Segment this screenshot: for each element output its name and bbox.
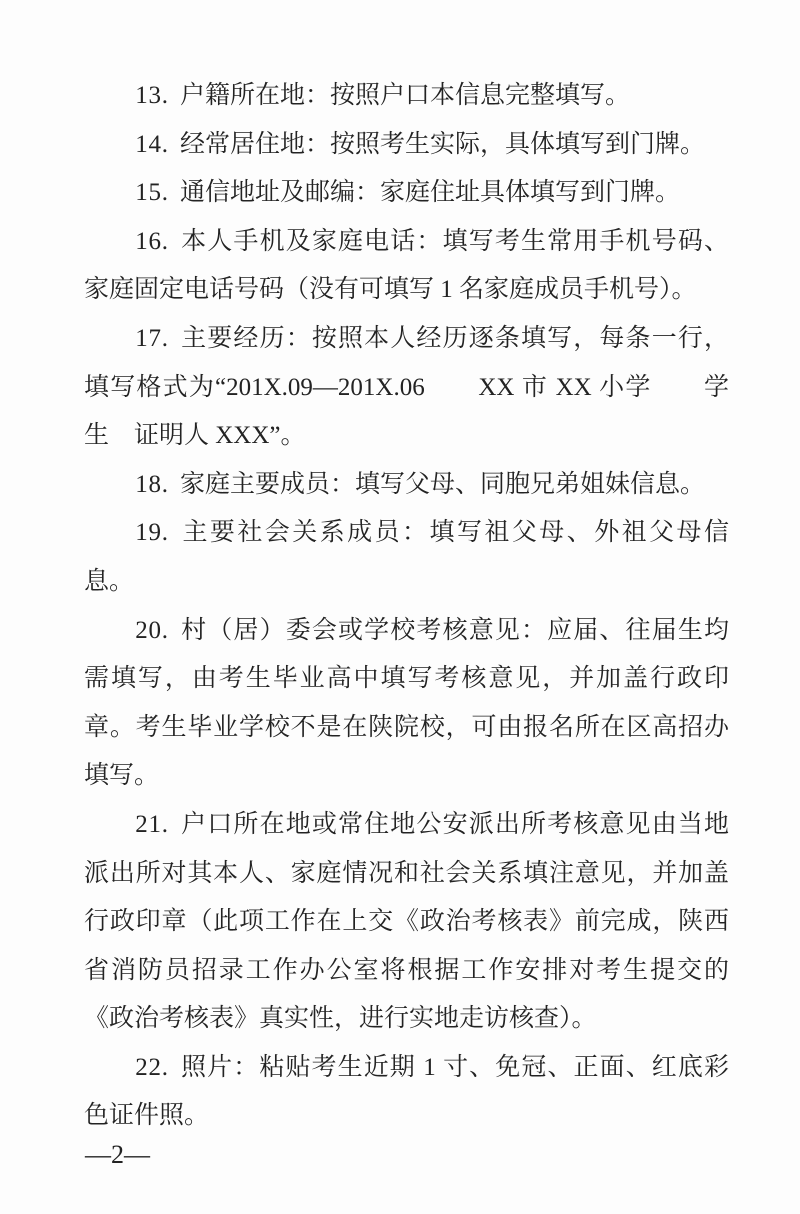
instruction-item-13: 13.户籍所在地：按照户口本信息完整填写。 (84, 72, 729, 121)
item-number: 18. (135, 471, 169, 498)
item-text: 照片：粘贴考生近期 1 寸、免冠、正面、红底彩色证件照。 (84, 1054, 729, 1130)
item-number: 16. (135, 228, 169, 255)
item-text: 村（居）委会或学校考核意见：应届、往届生均需填写，由考生毕业高中填写考核意见，并… (84, 617, 729, 790)
item-number: 19. (135, 519, 169, 546)
item-text: 主要经历：按照本人经历逐条填写，每条一行，填写格式为“201X.09—201X.… (84, 325, 729, 449)
item-text: 经常居住地：按照考生实际，具体填写到门牌。 (180, 131, 705, 158)
item-text: 通信地址及邮编：家庭住址具体填写到门牌。 (180, 179, 680, 206)
item-text: 户口所在地或常住地公安派出所考核意见由当地派出所对其本人、家庭情况和社会关系填注… (84, 811, 729, 1032)
item-number: 20. (135, 617, 169, 644)
document-page: 13.户籍所在地：按照户口本信息完整填写。 14.经常居住地：按照考生实际，具体… (0, 0, 800, 1214)
item-number: 22. (135, 1054, 169, 1081)
document-body: 13.户籍所在地：按照户口本信息完整填写。 14.经常居住地：按照考生实际，具体… (84, 72, 729, 1141)
item-number: 21. (135, 811, 169, 838)
instruction-item-20: 20.村（居）委会或学校考核意见：应届、往届生均需填写，由考生毕业高中填写考核意… (84, 607, 729, 801)
instruction-item-19: 19.主要社会关系成员：填写祖父母、外祖父母信息。 (84, 509, 729, 606)
page-number: —2— (85, 1140, 150, 1170)
instruction-item-14: 14.经常居住地：按照考生实际，具体填写到门牌。 (84, 121, 729, 170)
instruction-item-18: 18.家庭主要成员：填写父母、同胞兄弟姐妹信息。 (84, 461, 729, 510)
item-text: 本人手机及家庭电话：填写考生常用手机号码、家庭固定电话号码（没有可填写 1 名家… (84, 228, 729, 304)
item-number: 15. (135, 179, 169, 206)
instruction-item-21: 21.户口所在地或常住地公安派出所考核意见由当地派出所对其本人、家庭情况和社会关… (84, 801, 729, 1044)
item-text: 主要社会关系成员：填写祖父母、外祖父母信息。 (84, 519, 729, 595)
item-number: 13. (135, 82, 169, 109)
instruction-item-17: 17.主要经历：按照本人经历逐条填写，每条一行，填写格式为“201X.09—20… (84, 315, 729, 461)
instruction-item-15: 15.通信地址及邮编：家庭住址具体填写到门牌。 (84, 169, 729, 218)
instruction-item-22: 22.照片：粘贴考生近期 1 寸、免冠、正面、红底彩色证件照。 (84, 1044, 729, 1141)
item-text: 家庭主要成员：填写父母、同胞兄弟姐妹信息。 (180, 471, 705, 498)
item-number: 17. (135, 325, 169, 352)
item-number: 14. (135, 131, 169, 158)
instruction-item-16: 16.本人手机及家庭电话：填写考生常用手机号码、家庭固定电话号码（没有可填写 1… (84, 218, 729, 315)
item-text: 户籍所在地：按照户口本信息完整填写。 (180, 82, 630, 109)
